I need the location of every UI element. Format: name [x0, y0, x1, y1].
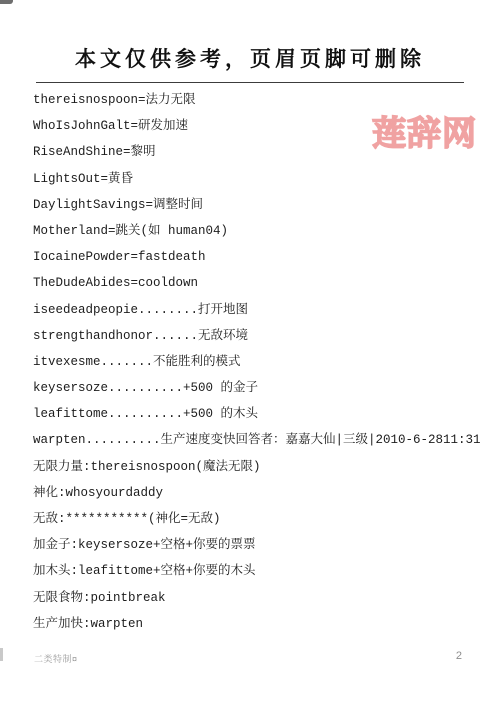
footer-category-label: 二类特制¤	[34, 652, 78, 665]
scan-artifact-corner	[0, 0, 13, 4]
doc-line: 神化:whosyourdaddy	[33, 480, 494, 506]
doc-line: 加木头:leafittome+空格+你要的木头	[33, 558, 494, 584]
doc-line: IocainePowder=fastdeath	[33, 244, 494, 270]
doc-line: thereisnospoon=法力无限	[33, 87, 494, 113]
doc-line: itvexesme.......不能胜利的模式	[33, 349, 494, 375]
doc-line: TheDudeAbides=cooldown	[33, 270, 494, 296]
doc-line: keysersoze..........+500 的金子	[33, 375, 494, 401]
doc-line: 无限力量:thereisnospoon(魔法无限)	[33, 454, 494, 480]
doc-line: iseedeadpeopie........打开地图	[33, 297, 494, 323]
document-body: thereisnospoon=法力无限 WhoIsJohnGalt=研发加速 R…	[33, 87, 494, 637]
doc-line: DaylightSavings=调整时间	[33, 192, 494, 218]
header-divider	[36, 82, 464, 83]
doc-line: Motherland=跳关(如 human04)	[33, 218, 494, 244]
doc-line: strengthandhonor......无敌环境	[33, 323, 494, 349]
document-page: 本文仅供参考，页眉页脚可删除 莲辞网 thereisnospoon=法力无限 W…	[0, 0, 500, 708]
doc-line: 无限食物:pointbreak	[33, 585, 494, 611]
doc-line: 加金子:keysersoze+空格+你要的票票	[33, 532, 494, 558]
header-disclaimer: 本文仅供参考，页眉页脚可删除	[0, 43, 500, 73]
doc-line: 无敌:***********(神化=无敌)	[33, 506, 494, 532]
doc-line: leafittome..........+500 的木头	[33, 401, 494, 427]
scan-artifact-edge	[0, 648, 3, 661]
page-number: 2	[456, 650, 462, 662]
doc-line: WhoIsJohnGalt=研发加速	[33, 113, 494, 139]
doc-line: RiseAndShine=黎明	[33, 139, 494, 165]
doc-line: 生产加快:warpten	[33, 611, 494, 637]
doc-line: LightsOut=黄昏	[33, 166, 494, 192]
doc-line: warpten..........生产速度变快回答者：嘉嘉大仙|三级|2010-…	[33, 427, 494, 453]
